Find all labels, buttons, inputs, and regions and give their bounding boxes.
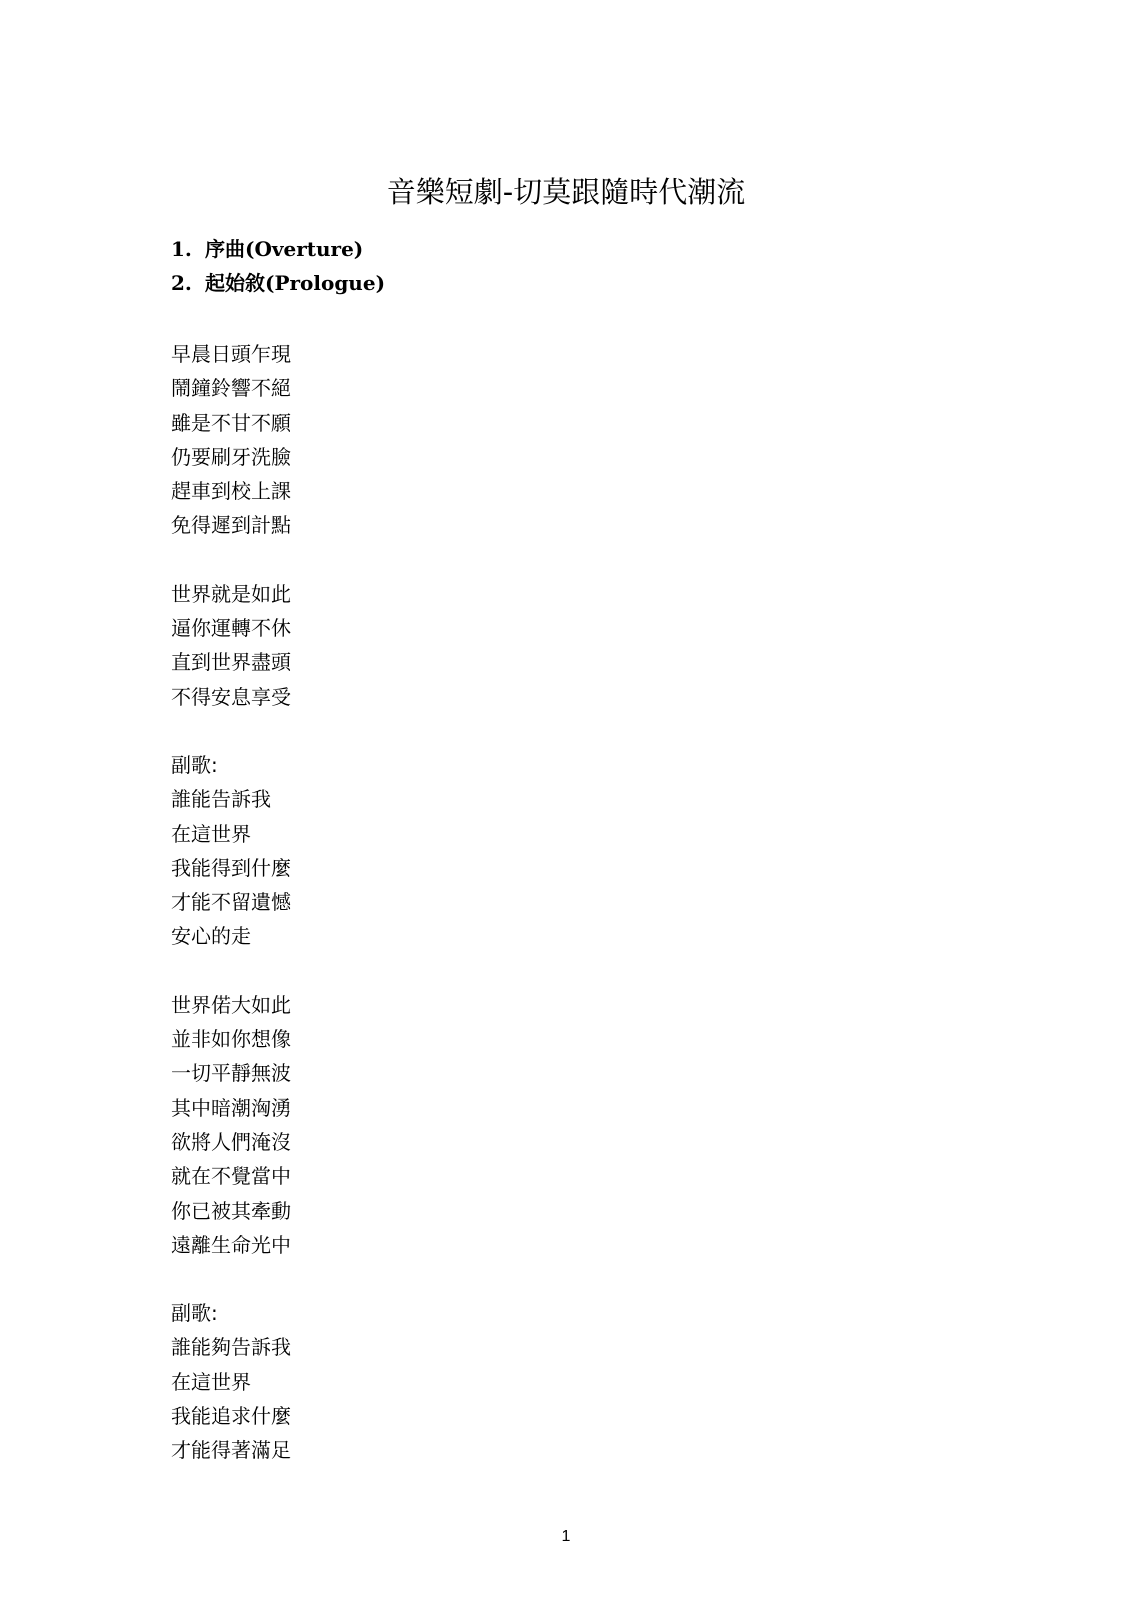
section-list: 1.序曲(Overture) 2.起始敘(Prologue) bbox=[171, 232, 385, 300]
lyric-line: 我能得到什麼 bbox=[171, 851, 291, 885]
section-label: 序曲(Overture) bbox=[205, 237, 363, 261]
lyric-line: 仍要刷牙洗臉 bbox=[171, 440, 291, 474]
document-title: 音樂短劇-切莫跟隨時代潮流 bbox=[0, 172, 1132, 212]
chorus-label: 副歌: bbox=[171, 1296, 291, 1330]
lyric-line: 趕車到校上課 bbox=[171, 474, 291, 508]
lyric-line: 逼你運轉不休 bbox=[171, 611, 291, 645]
lyric-stanza: 副歌:誰能告訴我在這世界我能得到什麼才能不留遺憾安心的走 bbox=[171, 748, 291, 954]
lyric-stanza: 副歌:誰能夠告訴我在這世界我能追求什麼才能得著滿足 bbox=[171, 1296, 291, 1467]
lyric-line: 不得安息享受 bbox=[171, 680, 291, 714]
lyric-line: 鬧鐘鈴響不絕 bbox=[171, 371, 291, 405]
section-label: 起始敘(Prologue) bbox=[205, 271, 385, 295]
lyric-line: 遠離生命光中 bbox=[171, 1228, 291, 1262]
lyric-stanza: 世界就是如此逼你運轉不休直到世界盡頭不得安息享受 bbox=[171, 577, 291, 714]
lyric-line: 欲將人們淹沒 bbox=[171, 1125, 291, 1159]
lyric-line: 一切平靜無波 bbox=[171, 1056, 291, 1090]
lyric-line: 才能得著滿足 bbox=[171, 1433, 291, 1467]
lyric-line: 早晨日頭乍現 bbox=[171, 337, 291, 371]
lyric-line: 安心的走 bbox=[171, 919, 291, 953]
lyric-line: 在這世界 bbox=[171, 1365, 291, 1399]
lyric-line: 誰能夠告訴我 bbox=[171, 1330, 291, 1364]
section-number: 1. bbox=[171, 232, 205, 266]
lyric-line: 世界就是如此 bbox=[171, 577, 291, 611]
lyric-line: 並非如你想像 bbox=[171, 1022, 291, 1056]
lyric-line: 我能追求什麼 bbox=[171, 1399, 291, 1433]
lyric-line: 直到世界盡頭 bbox=[171, 645, 291, 679]
section-number: 2. bbox=[171, 266, 205, 300]
lyric-line: 你已被其牽動 bbox=[171, 1194, 291, 1228]
chorus-label: 副歌: bbox=[171, 748, 291, 782]
lyric-line: 在這世界 bbox=[171, 817, 291, 851]
page-number: 1 bbox=[0, 1528, 1132, 1546]
lyric-line: 誰能告訴我 bbox=[171, 782, 291, 816]
section-item-prologue: 2.起始敘(Prologue) bbox=[171, 266, 385, 300]
lyric-line: 才能不留遺憾 bbox=[171, 885, 291, 919]
lyric-line: 雖是不甘不願 bbox=[171, 406, 291, 440]
section-item-overture: 1.序曲(Overture) bbox=[171, 232, 385, 266]
lyric-stanza: 早晨日頭乍現鬧鐘鈴響不絕雖是不甘不願仍要刷牙洗臉趕車到校上課免得遲到計點 bbox=[171, 337, 291, 543]
lyric-line: 世界偌大如此 bbox=[171, 988, 291, 1022]
lyric-line: 其中暗潮洶湧 bbox=[171, 1091, 291, 1125]
lyric-line: 免得遲到計點 bbox=[171, 508, 291, 542]
lyrics-body: 早晨日頭乍現鬧鐘鈴響不絕雖是不甘不願仍要刷牙洗臉趕車到校上課免得遲到計點世界就是… bbox=[171, 337, 291, 1502]
lyric-stanza: 世界偌大如此並非如你想像一切平靜無波其中暗潮洶湧欲將人們淹沒就在不覺當中你已被其… bbox=[171, 988, 291, 1262]
lyric-line: 就在不覺當中 bbox=[171, 1159, 291, 1193]
